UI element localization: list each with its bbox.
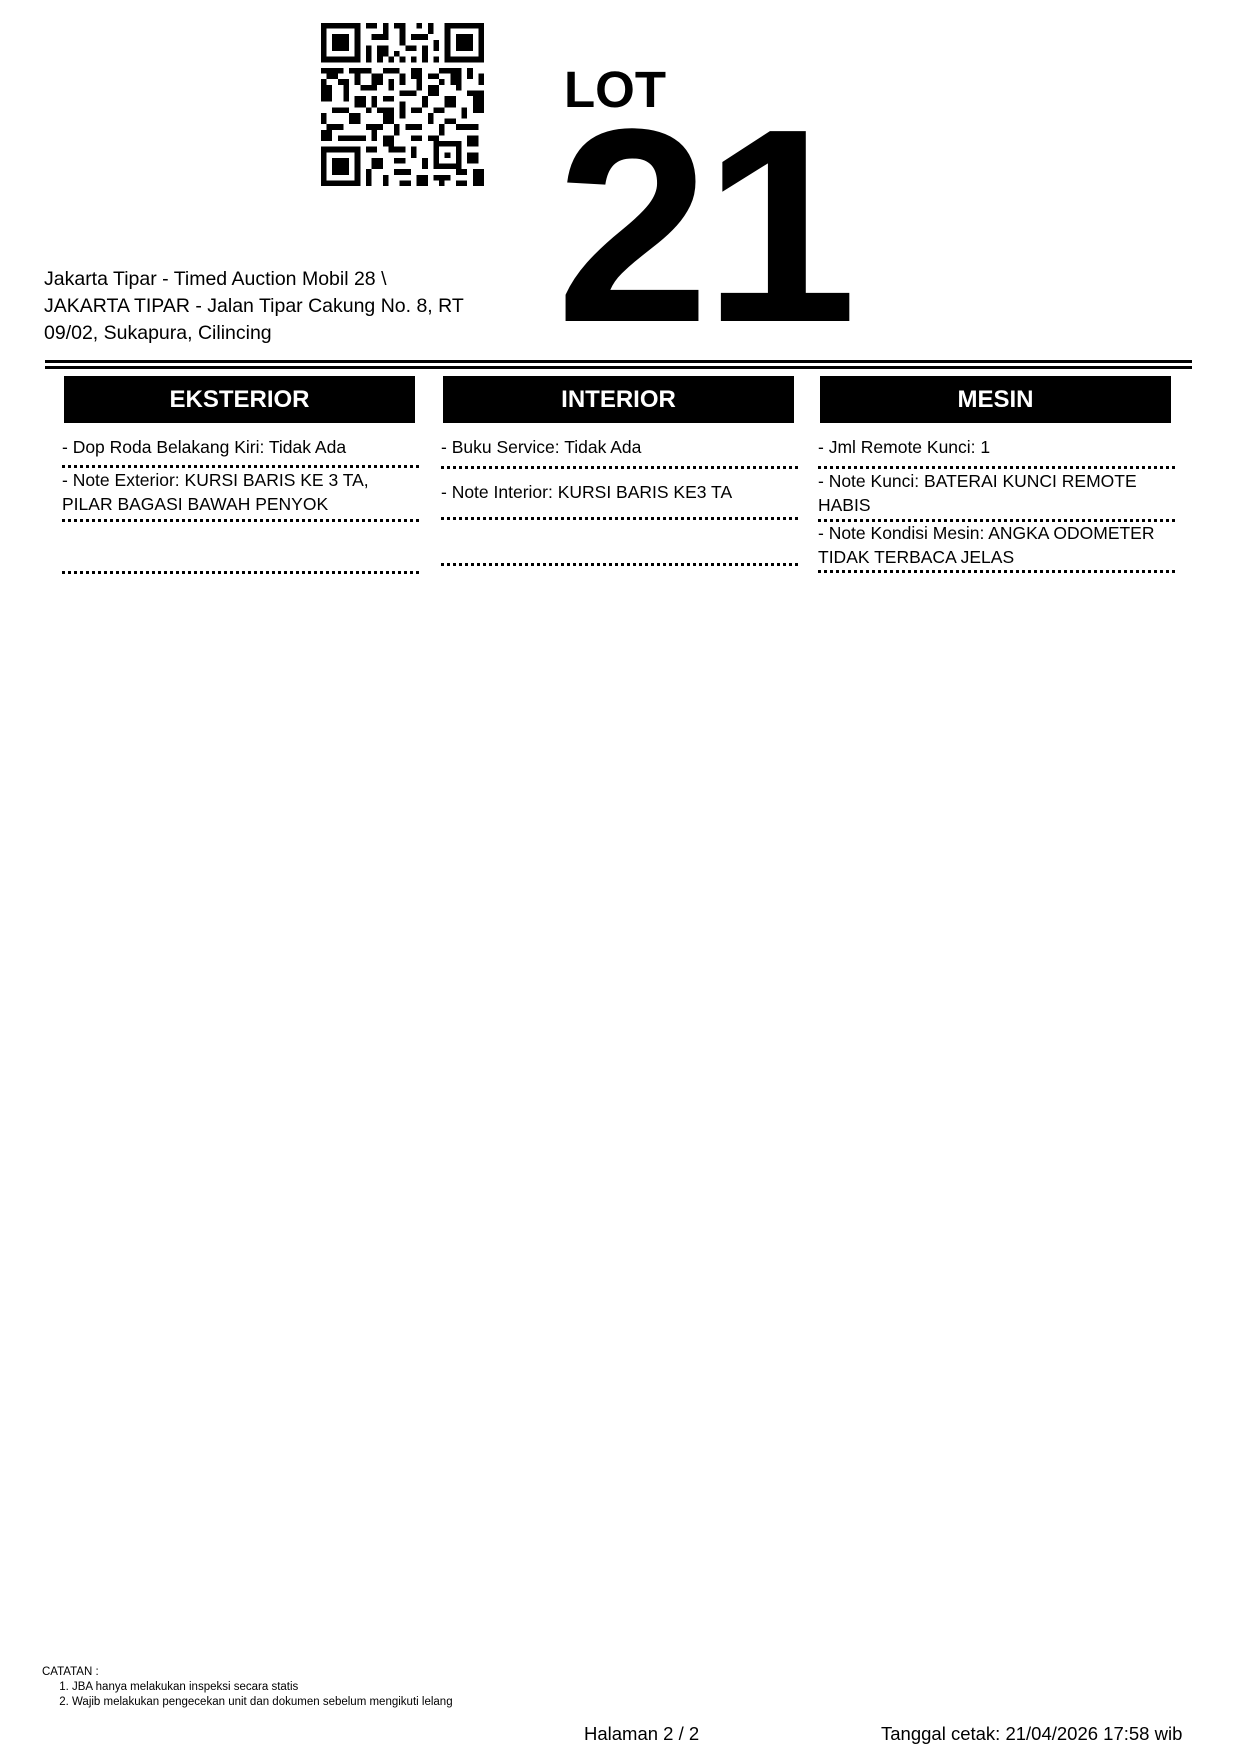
- section-interior: INTERIOR - Buku Service: Tidak Ada - Not…: [443, 376, 794, 566]
- divider-top: [45, 360, 1192, 363]
- inspection-row: - Buku Service: Tidak Ada: [441, 431, 798, 469]
- section-exterior: EKSTERIOR - Dop Roda Belakang Kiri: Tida…: [64, 376, 415, 574]
- notes-title: CATATAN :: [42, 1665, 453, 1680]
- lot-number: 21: [556, 88, 851, 364]
- divider-bottom: [45, 366, 1192, 369]
- inspection-row: - Dop Roda Belakang Kiri: Tidak Ada: [62, 431, 419, 468]
- address-line: 09/02, Sukapura, Cilincing: [44, 320, 514, 347]
- inspection-row: - Note Interior: KURSI BARIS KE3 TA: [441, 469, 798, 520]
- inspection-row: - Jml Remote Kunci: 1: [818, 431, 1175, 469]
- auction-address: Jakarta Tipar - Timed Auction Mobil 28 \…: [44, 266, 514, 347]
- address-line: Jakarta Tipar - Timed Auction Mobil 28 \: [44, 266, 514, 293]
- inspection-row-empty: [62, 522, 419, 574]
- page-number: Halaman 2 / 2: [584, 1723, 699, 1745]
- notes: CATATAN : JBA hanya melakukan inspeksi s…: [42, 1665, 453, 1710]
- print-date: Tanggal cetak: 21/04/2026 17:58 wib: [881, 1723, 1182, 1745]
- section-title: EKSTERIOR: [64, 376, 415, 423]
- inspection-row-empty: [441, 520, 798, 566]
- section-title: MESIN: [820, 376, 1171, 423]
- qr-code-icon: [321, 23, 484, 186]
- inspection-row: - Note Kondisi Mesin: ANGKA ODOMETER TID…: [818, 522, 1175, 573]
- note-item: JBA hanya melakukan inspeksi secara stat…: [72, 1680, 453, 1695]
- inspection-row: - Note Exterior: KURSI BARIS KE 3 TA, PI…: [62, 468, 419, 522]
- inspection-row: - Note Kunci: BATERAI KUNCI REMOTE HABIS: [818, 469, 1175, 522]
- section-engine: MESIN - Jml Remote Kunci: 1 - Note Kunci…: [820, 376, 1171, 573]
- note-item: Wajib melakukan pengecekan unit dan doku…: [72, 1695, 453, 1710]
- section-title: INTERIOR: [443, 376, 794, 423]
- address-line: JAKARTA TIPAR - Jalan Tipar Cakung No. 8…: [44, 293, 514, 320]
